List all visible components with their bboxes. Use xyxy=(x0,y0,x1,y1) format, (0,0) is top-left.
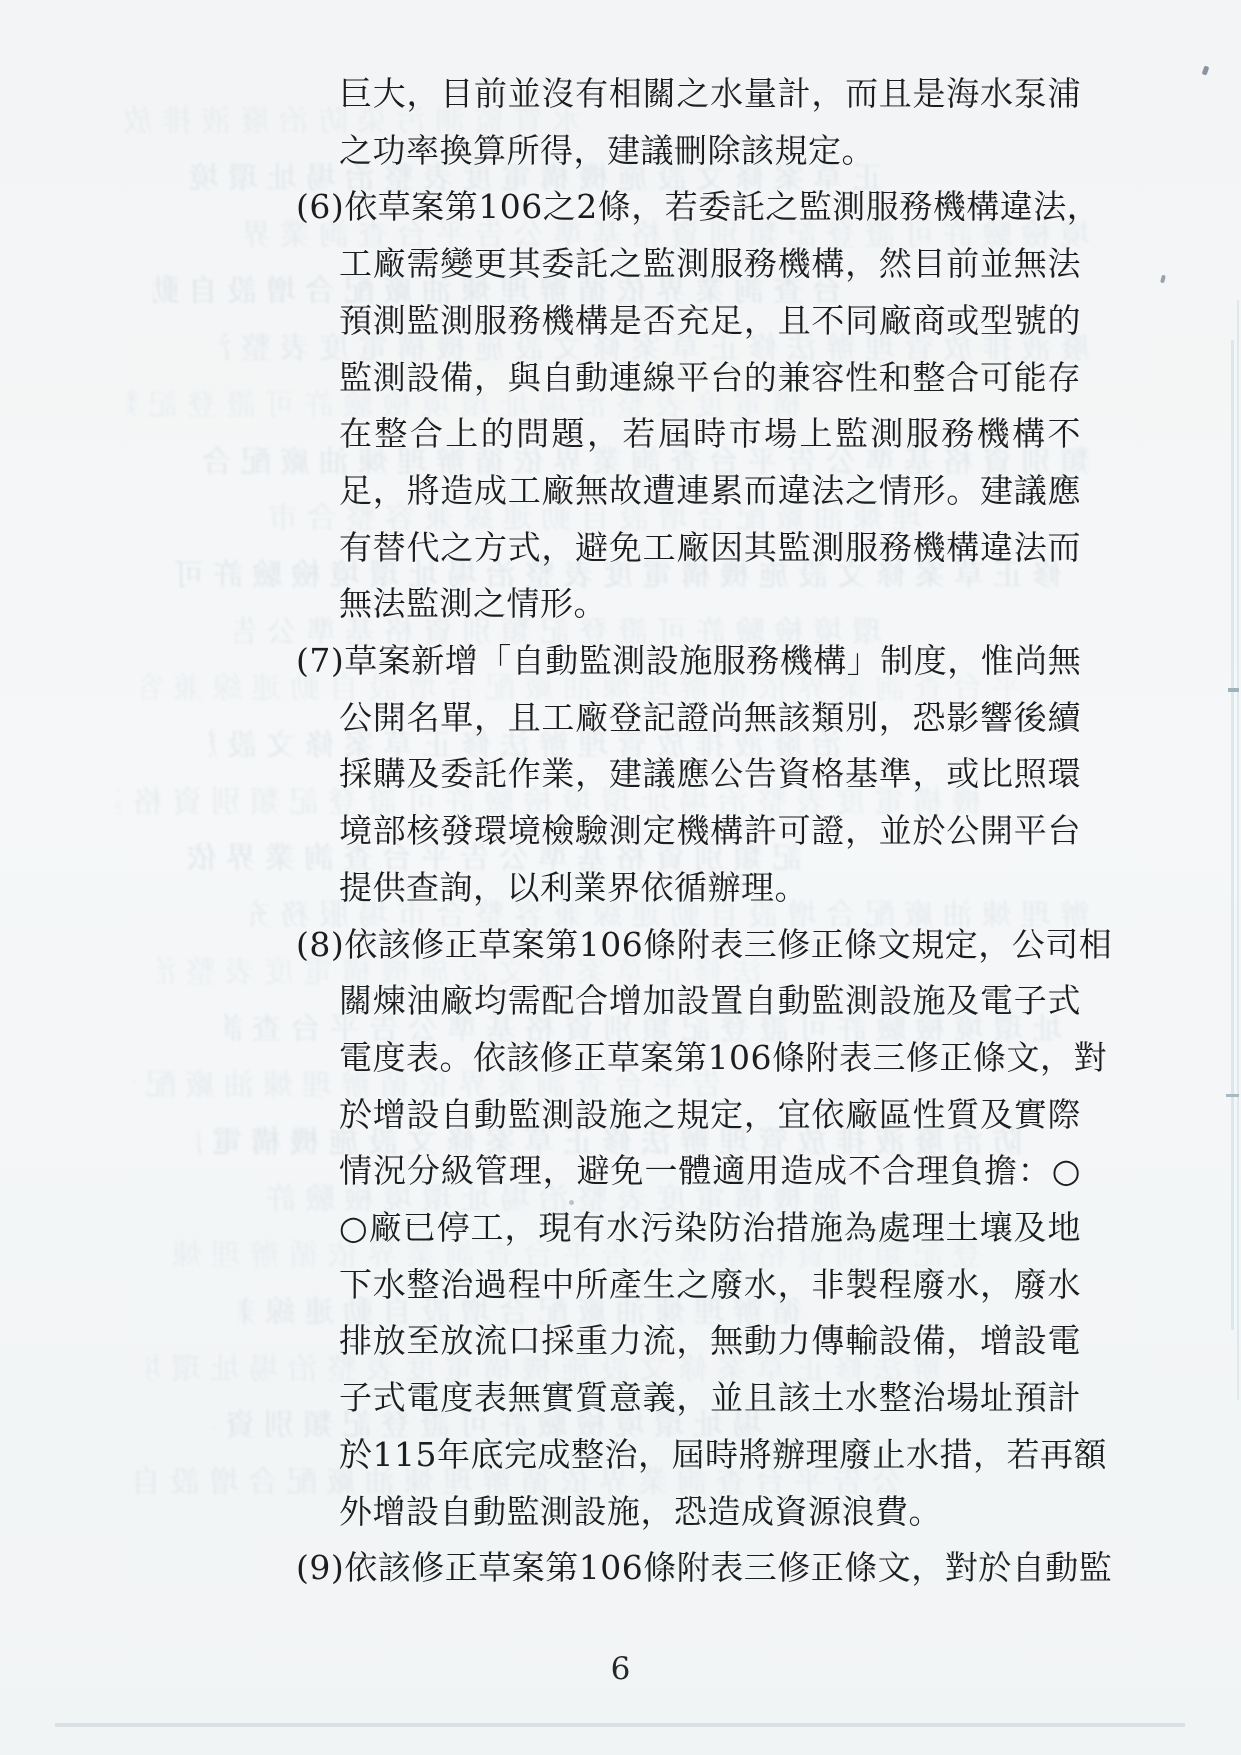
text-line: ○廠已停工，現有水污染防治措施為處理土壤及地 xyxy=(339,1200,1081,1256)
text-line: 足，將造成工廠無故遭連累而違法之情形。建議應 xyxy=(339,463,1081,519)
ink-speck xyxy=(1160,275,1166,284)
scan-edge-stripe xyxy=(1237,300,1239,1400)
text-line: 情況分級管理，避免一體適用造成不合理負擔：○ xyxy=(339,1143,1081,1199)
text-line: 排放至放流口採重力流，無動力傳輸設備，增設電 xyxy=(339,1313,1081,1369)
list-item-line: (8)依該修正草案第106條附表三修正條文規定，公司相 xyxy=(296,917,1081,973)
ink-speck xyxy=(1202,65,1210,75)
text-line: 工廠需變更其委託之監測服務機構，然目前並無法 xyxy=(339,236,1081,292)
scan-edge-tick xyxy=(1226,1094,1239,1097)
scan-edge-tick xyxy=(1228,688,1239,692)
text-line: 關煉油廠均需配合增加設置自動監測設施及電子式 xyxy=(339,973,1081,1029)
list-item-line: (7)草案新增「自動監測設施服務機構」制度，惟尚無 xyxy=(296,633,1081,689)
scanned-document-page: 水質監測污染防治廢液排放管理辦法修正草案條文設施機構電度表整治場址環正草案條文設… xyxy=(0,0,1241,1755)
text-line: 採購及委託作業，建議應公告資格基準，或比照環 xyxy=(339,746,1081,802)
text-line: 境部核發環境檢驗測定機構許可證，並於公開平台 xyxy=(339,803,1081,859)
text-line: 下水整治過程中所產生之廢水，非製程廢水，廢水 xyxy=(339,1257,1081,1313)
text-line: 無法監測之情形。 xyxy=(339,576,1081,632)
text-line: 公開名單，且工廠登記證尚無該類別，恐影響後續 xyxy=(339,690,1081,746)
text-line: 之功率換算所得，建議刪除該規定。 xyxy=(339,123,1081,179)
text-line: 預測監測服務機構是否充足，且不同廠商或型號的 xyxy=(339,293,1081,349)
text-line: 在整合上的問題，若屆時市場上監測服務機構不 xyxy=(339,406,1081,462)
list-item-line: (9)依該修正草案第106條附表三修正條文，對於自動監 xyxy=(296,1540,1081,1596)
list-item-line: (6)依草案第106之2條，若委託之監測服務機構違法， xyxy=(296,179,1081,235)
scan-bottom-streak xyxy=(55,1723,1185,1727)
text-line: 電度表。依該修正草案第106條附表三修正條文，對 xyxy=(339,1030,1081,1086)
text-line: 巨大，目前並沒有相關之水量計，而且是海水泵浦 xyxy=(339,66,1081,122)
page-number: 6 xyxy=(0,1641,1241,1697)
text-line: 監測設備，與自動連線平台的兼容性和整合可能存 xyxy=(339,350,1081,406)
text-line: 提供查詢，以利業界依循辦理。 xyxy=(339,860,1081,916)
text-line: 子式電度表無實質意義，並且該土水整治場址預計 xyxy=(339,1370,1081,1426)
text-line: 外增設自動監測設施，恐造成資源浪費。 xyxy=(339,1484,1081,1540)
text-line: 於115年底完成整治，屆時將辦理廢止水措，若再額 xyxy=(339,1427,1081,1483)
text-line: 於增設自動監測設施之規定，宜依廠區性質及實際 xyxy=(339,1087,1081,1143)
scan-edge-stripe xyxy=(1231,340,1234,1330)
text-line: 有替代之方式，避免工廠因其監測服務機構違法而 xyxy=(339,520,1081,576)
